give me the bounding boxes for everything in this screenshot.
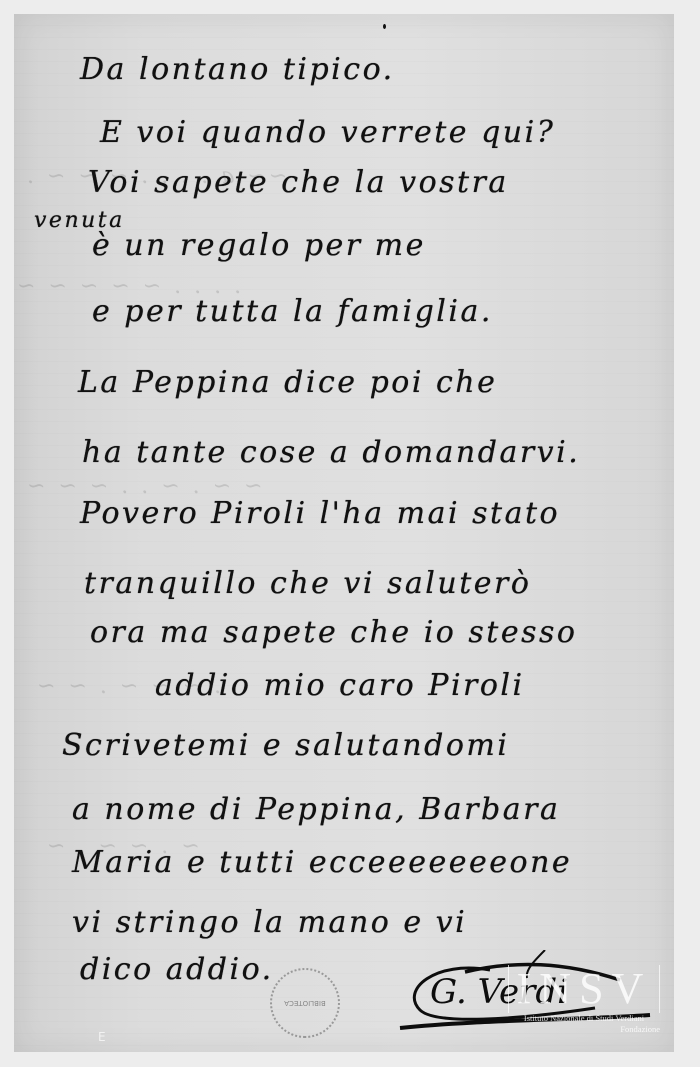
ink-dot [383, 24, 386, 29]
letter-line-5: è un regalo per me [92, 228, 426, 263]
letter-line-12: addio mio caro Piroli [155, 668, 525, 703]
library-stamp: BIBLIOTECA [270, 968, 340, 1038]
letter-line-10: tranquillo che vi saluterò [84, 566, 531, 601]
watermark-subtitle: Fondazione [508, 1024, 660, 1035]
letter-line-13: Scrivetemi e salutandomi [62, 728, 509, 763]
insv-watermark: INSV Istituto Nazionale di Studi Verdian… [508, 965, 660, 1035]
letter-line-14: a nome di Peppina, Barbara [72, 792, 560, 827]
letter-line-11: ora ma sapete che io stesso [90, 615, 577, 650]
letter-line-6: e per tutta la famiglia. [92, 294, 493, 329]
letter-line-17: dico addio. [80, 952, 274, 987]
letter-line-3: Voi sapete che la vostra [88, 165, 509, 200]
letter-line-9: Povero Piroli l'ha mai stato [80, 496, 560, 531]
letter-line-1: Da lontano tipico. [80, 52, 395, 87]
watermark-name: Istituto Nazionale di Studi Verdiani [508, 1013, 660, 1024]
watermark-logo: INSV [508, 965, 660, 1013]
letter-line-16: vi stringo la mano e vi [72, 905, 467, 940]
letter-line-15: Maria e tutti ecceeeeeeeone [72, 845, 572, 880]
letter-line-8: ha tante cose a domandarvi. [82, 435, 580, 470]
letter-line-2: E voi quando verrete qui? [100, 115, 555, 150]
margin-mark: E [98, 1030, 106, 1044]
stamp-text: BIBLIOTECA [284, 999, 326, 1007]
letter-line-7: La Peppina dice poi che [78, 365, 497, 400]
